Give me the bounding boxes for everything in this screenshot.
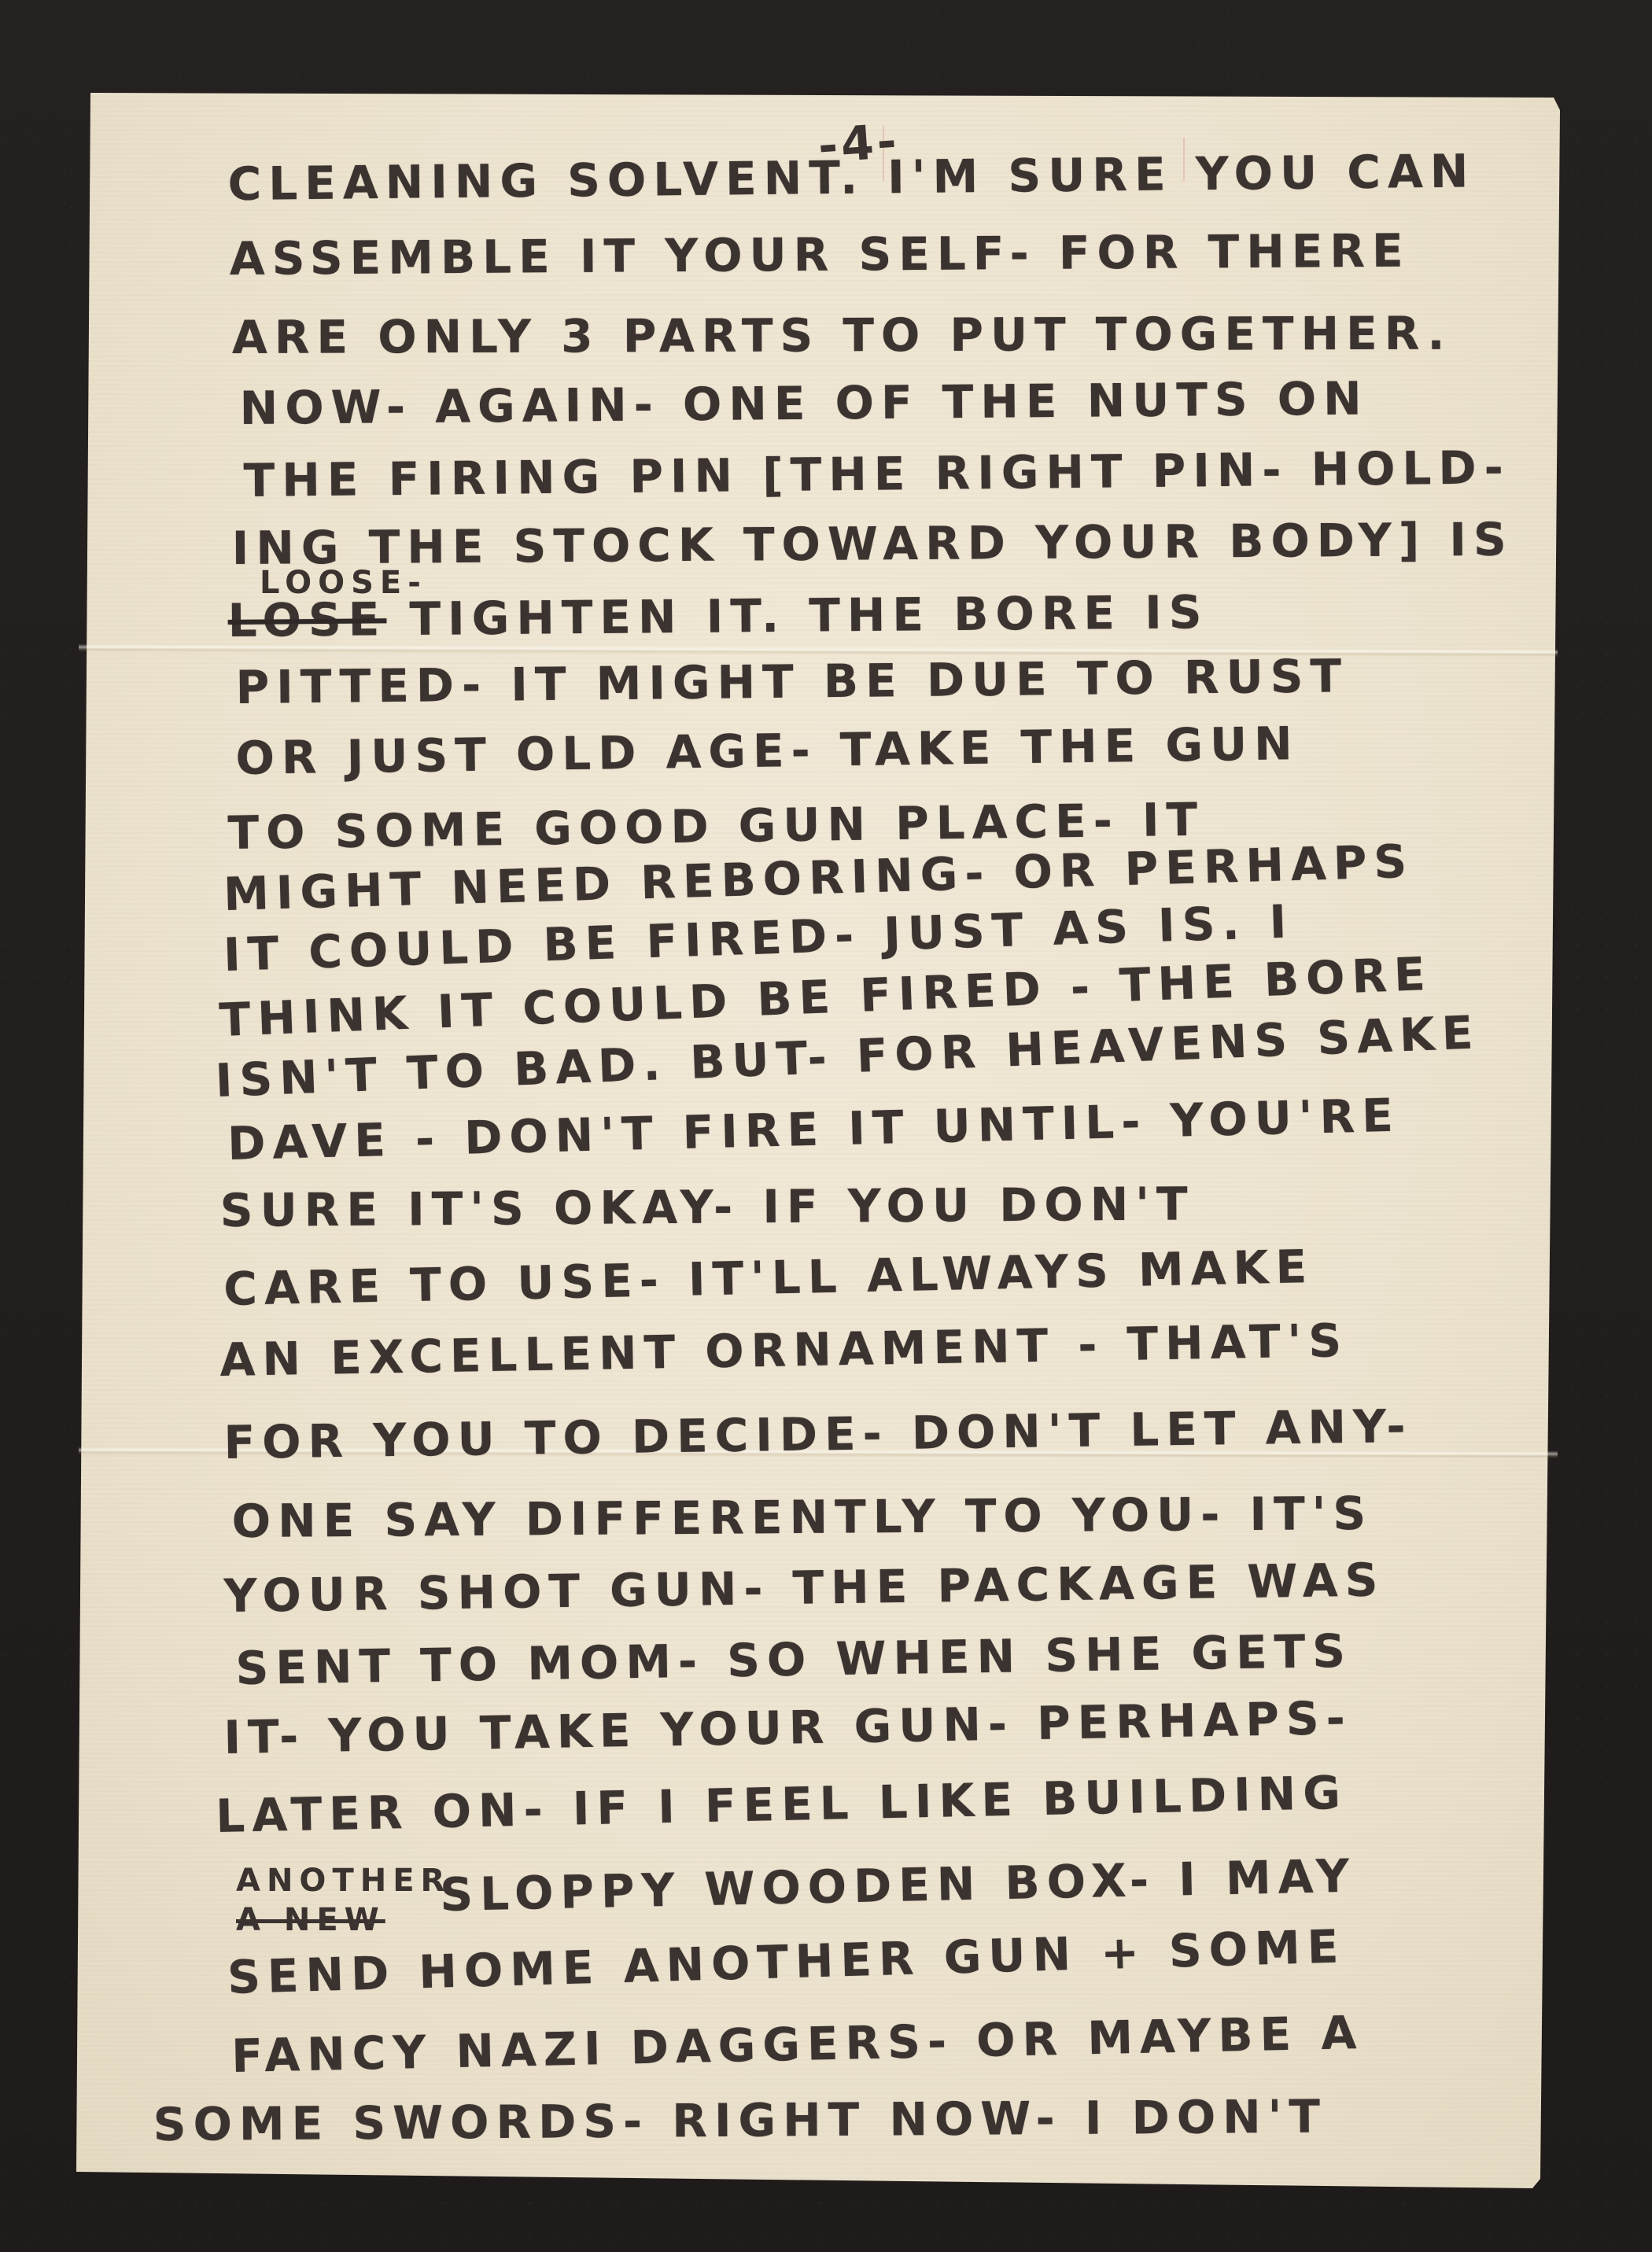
- text-line: PITTED- IT MIGHT BE DUE TO RUST: [235, 653, 1348, 710]
- text-line: THE FIRING PIN [THE RIGHT PIN- HOLD-: [243, 444, 1510, 503]
- text-line: SURE IT'S OKAY- IF YOU DON'T: [220, 1181, 1195, 1233]
- text-line: LOSE TIGHTEN IT. THE BORE IS: [227, 589, 1208, 643]
- line-text: TIGHTEN IT. THE BORE IS: [386, 585, 1209, 646]
- text-line: ARE ONLY 3 PARTS TO PUT TOGETHER.: [232, 311, 1452, 360]
- text-line: ING THE STOCK TOWARD YOUR BODY] IS: [232, 517, 1514, 571]
- text-line: OR JUST OLD AGE- TAKE THE GUN: [235, 721, 1300, 781]
- text-line: CLEANING SOLVENT. I'M SURE YOU CAN: [227, 148, 1475, 207]
- struck-word: LOSE: [227, 592, 386, 647]
- text-line: SOME SWORDS- RIGHT NOW- I DON'T: [153, 2094, 1328, 2147]
- insertion-another: ANOTHER: [236, 1863, 451, 1899]
- text-line: NOW- AGAIN- ONE OF THE NUTS ON: [239, 375, 1368, 431]
- struck-a-new: A NEW: [236, 1902, 385, 1938]
- text-line: ONE SAY DIFFERENTLY TO YOU- IT'S: [232, 1491, 1374, 1544]
- text-line: ASSEMBLE IT YOUR SELF- FOR THERE: [230, 228, 1410, 282]
- struck-phrase: A NEW: [236, 1902, 385, 1938]
